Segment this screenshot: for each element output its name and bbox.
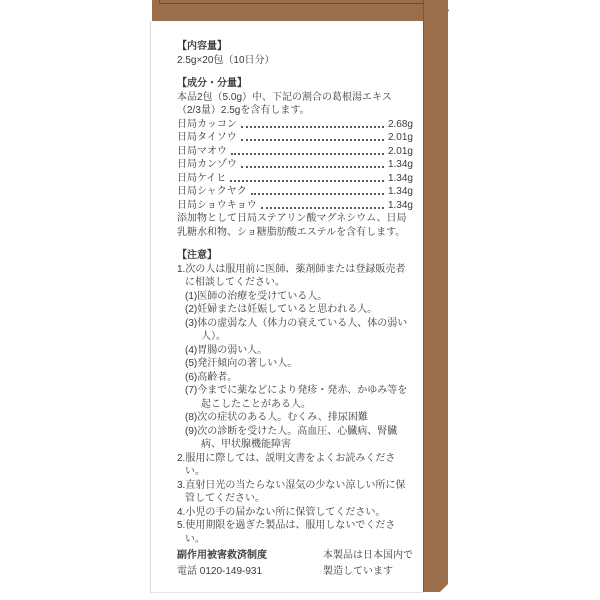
volume-header: 【内容量】	[177, 40, 413, 54]
ingredient-amount: 2.01g	[388, 131, 413, 145]
dot-leader	[261, 202, 384, 209]
ingredient-amount: 2.68g	[388, 118, 413, 132]
box-side-flap	[423, 0, 448, 592]
section-volume: 【内容量】 2.5g×20包（10日分）	[177, 40, 413, 67]
medicine-box-back-panel: 【内容量】 2.5g×20包（10日分） 【成分・分量】 本品2包（5.0g）中…	[0, 0, 600, 600]
ingredient-amount: 2.01g	[388, 145, 413, 159]
precaution-subitem: (4)胃腸の弱い人。	[185, 344, 413, 358]
ingredient-name: 日局ケイヒ	[177, 172, 226, 186]
ingredient-row: 日局カッコン 2.68g	[177, 118, 413, 132]
precaution-subitem: (2)妊婦または妊娠していると思われる人。	[185, 303, 413, 317]
ingredient-row: 日局シャクヤク 1.34g	[177, 185, 413, 199]
dot-leader	[231, 148, 384, 155]
volume-value: 2.5g×20包（10日分）	[177, 54, 413, 68]
flap-corner-line	[159, 0, 160, 4]
dot-leader	[241, 134, 384, 141]
composition-header: 【成分・分量】	[177, 77, 413, 91]
precaution-item: 4.小児の手の届かない所に保管してください。	[177, 506, 413, 520]
dot-leader	[230, 175, 384, 182]
relief-system-label: 副作用被害救済制度	[177, 548, 267, 564]
precaution-subitem: (7)今までに薬などにより発疹・発赤、かゆみ等を起こしたことがある人。	[185, 384, 413, 411]
dot-leader	[241, 161, 384, 168]
ingredient-row: 日局ショウキョウ 1.34g	[177, 199, 413, 213]
ingredient-row: 日局タイソウ 2.01g	[177, 131, 413, 145]
composition-intro: 本品2包（5.0g）中、下記の割合の葛根湯エキス（2/3量）2.5gを含有します…	[177, 91, 413, 118]
ingredient-amount: 1.34g	[388, 185, 413, 199]
phone-number: 電話 0120-149-931	[177, 564, 267, 580]
relief-system-block: 副作用被害救済制度 電話 0120-149-931	[177, 548, 267, 580]
precautions-header: 【注意】	[177, 249, 413, 263]
flap-fold-line	[159, 3, 440, 4]
section-composition: 【成分・分量】 本品2包（5.0g）中、下記の割合の葛根湯エキス（2/3量）2.…	[177, 77, 413, 239]
label-panel: 【内容量】 2.5g×20包（10日分） 【成分・分量】 本品2包（5.0g）中…	[150, 21, 423, 593]
ingredient-row: 日局カンゾウ 1.34g	[177, 158, 413, 172]
precaution-subitem: (3)体の虚弱な人（体力の衰えている人、体の弱い人）。	[185, 317, 413, 344]
dot-leader	[241, 121, 384, 128]
precaution-subitem: (9)次の診断を受けた人。高血圧、心臓病、腎臓病、甲状腺機能障害	[185, 425, 413, 452]
precaution-item: 3.直射日光の当たらない湿気の少ない涼しい所に保管してください。	[177, 479, 413, 506]
ingredient-amount: 1.34g	[388, 199, 413, 213]
ingredient-row: 日局ケイヒ 1.34g	[177, 172, 413, 186]
ingredient-name: 日局カンゾウ	[177, 158, 237, 172]
precaution-subitem: (1)医師の治療を受けている人。	[185, 290, 413, 304]
made-in-line1: 本製品は日本国内で	[323, 548, 413, 564]
ingredient-name: 日局タイソウ	[177, 131, 237, 145]
additives-note: 添加物として日局ステアリン酸マグネシウム、日局乳糖水和物、ショ糖脂肪酸エステルを…	[177, 212, 413, 239]
made-in-line2: 製造しています	[323, 564, 413, 580]
ingredient-name: 日局ショウキョウ	[177, 199, 257, 213]
precaution-item: 1.次の人は服用前に医師、薬剤師または登録販売者に相談してください。	[177, 263, 413, 290]
made-in-japan-note: 本製品は日本国内で 製造しています	[323, 548, 413, 580]
footer: 副作用被害救済制度 電話 0120-149-931 本製品は日本国内で 製造して…	[177, 548, 413, 580]
label-text-area: 【内容量】 2.5g×20包（10日分） 【成分・分量】 本品2包（5.0g）中…	[151, 21, 423, 546]
ingredient-name: 日局マオウ	[177, 145, 227, 159]
precaution-subitem: (8)次の症状のある人。むくみ、排尿困難	[185, 411, 413, 425]
ingredient-name: 日局シャクヤク	[177, 185, 247, 199]
precaution-item: 2.服用に際しては、説明文書をよくお読みください。	[177, 452, 413, 479]
dot-leader	[251, 188, 384, 195]
precaution-subitem: (6)高齢者。	[185, 371, 413, 385]
ingredient-name: 日局カッコン	[177, 118, 237, 132]
ingredient-amount: 1.34g	[388, 172, 413, 186]
precaution-item: 5.使用期限を過ぎた製品は、服用しないでください。	[177, 519, 413, 546]
ingredient-amount: 1.34g	[388, 158, 413, 172]
ingredient-row: 日局マオウ 2.01g	[177, 145, 413, 159]
precaution-subitem: (5)発汗傾向の著しい人。	[185, 357, 413, 371]
section-precautions: 【注意】 1.次の人は服用前に医師、薬剤師または登録販売者に相談してください。 …	[177, 249, 413, 546]
